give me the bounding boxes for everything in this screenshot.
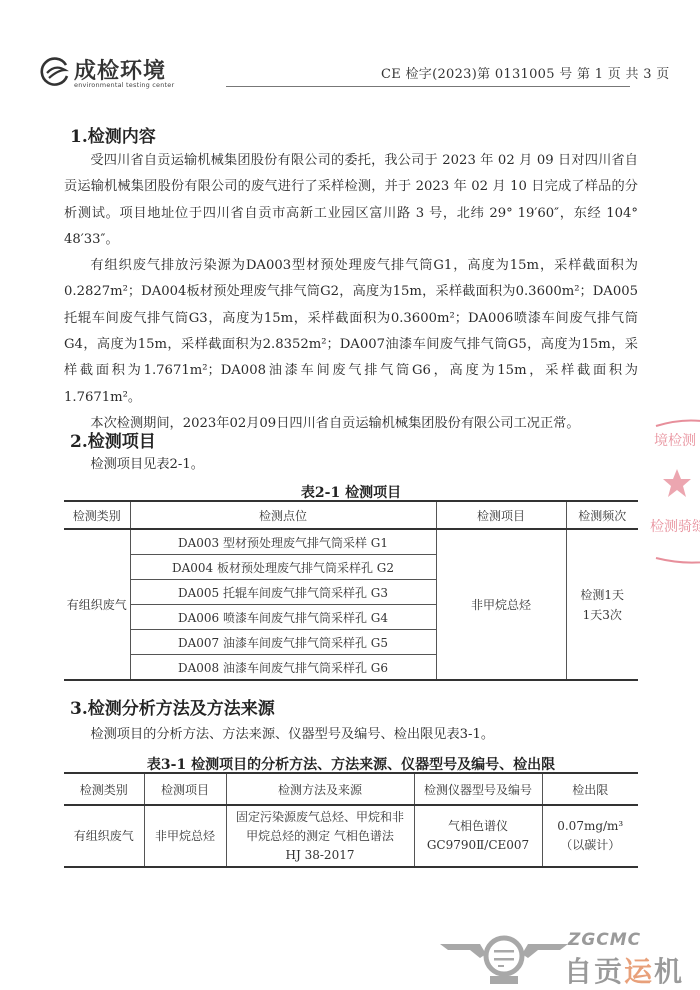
frequency-cell: 检测1天 1天3次 (566, 529, 638, 680)
official-seal: 境检测 检测骑缝 (648, 418, 700, 568)
section-2-intro-text: 检测项目见表2-1。 (64, 452, 638, 478)
table-header-row: 检测类别 检测点位 检测项目 检测频次 (64, 501, 638, 529)
section-3-title: 3.检测分析方法及方法来源 (70, 694, 275, 719)
table-3-1: 检测类别 检测项目 检测方法及来源 检测仪器型号及编号 检出限 有组织废气 非甲… (64, 772, 638, 868)
zgcmc-emblem-icon (440, 928, 568, 988)
point-cell: DA006 喷漆车间废气排气筒采样孔 G4 (130, 605, 436, 630)
instrument-line-1: 气相色谱仪 (415, 817, 542, 836)
method-cell: 固定污染源废气总烃、甲烷和非 甲烷总烃的测定 气相色谱法 HJ 38-2017 (226, 805, 414, 867)
header-item: 检测项目 (436, 501, 566, 529)
table-row: 有组织废气 非甲烷总烃 固定污染源废气总烃、甲烷和非 甲烷总烃的测定 气相色谱法… (64, 805, 638, 867)
header-category: 检测类别 (64, 773, 144, 805)
table-header-row: 检测类别 检测项目 检测方法及来源 检测仪器型号及编号 检出限 (64, 773, 638, 805)
header-category: 检测类别 (64, 501, 130, 529)
table-3-1-caption: 表3-1 检测项目的分析方法、方法来源、仪器型号及编号、检出限 (64, 754, 638, 774)
frequency-line-1: 检测1天 (567, 585, 639, 605)
instrument-line-2: GC9790Ⅱ/CE007 (415, 836, 542, 855)
table-2-1: 检测类别 检测点位 检测项目 检测频次 有组织废气 DA003 型材预处理废气排… (64, 500, 638, 681)
seal-top-text: 境检测 (654, 430, 696, 450)
paragraph-emission-sources: 有组织废气排放污染源为DA003型材预处理废气排气筒G1，高度为15m，采样截面… (64, 253, 638, 411)
report-number: CE 检字(2023)第 0131005 号 第 1 页 共 3 页 (381, 63, 670, 82)
frequency-line-2: 1天3次 (567, 605, 639, 625)
point-cell: DA007 油漆车间废气排气筒采样孔 G5 (130, 630, 436, 655)
header-detection-limit: 检出限 (542, 773, 638, 805)
header-item: 检测项目 (144, 773, 226, 805)
header-frequency: 检测频次 (566, 501, 638, 529)
section-1-title: 1.检测内容 (70, 122, 156, 147)
method-line-1: 固定污染源废气总烃、甲烷和非 (227, 808, 414, 827)
section-3-intro: 检测项目的分析方法、方法来源、仪器型号及编号、检出限见表3-1。 (64, 722, 638, 748)
company-logo: 成检环境 environmental testing center (40, 54, 190, 94)
item-cell: 非甲烷总烃 (436, 529, 566, 680)
footer-logo-chinese: 自贡运机 (564, 950, 684, 990)
table-2-1-caption: 表2-1 检测项目 (64, 482, 638, 502)
section-1-body: 受四川省自贡运输机械集团股份有限公司的委托，我公司于 2023 年 02 月 0… (64, 148, 638, 437)
paragraph-commission: 受四川省自贡运输机械集团股份有限公司的委托，我公司于 2023 年 02 月 0… (64, 148, 638, 253)
item-cell: 非甲烷总烃 (144, 805, 226, 867)
section-2-title: 2.检测项目 (70, 427, 156, 452)
point-cell: DA008 油漆车间废气排气筒采样孔 G6 (130, 655, 436, 681)
section-2-intro: 检测项目见表2-1。 (64, 452, 638, 478)
header-point: 检测点位 (130, 501, 436, 529)
instrument-cell: 气相色谱仪 GC9790Ⅱ/CE007 (414, 805, 542, 867)
logo-cn-part-2: 运 (624, 955, 654, 988)
point-cell: DA003 型材预处理废气排气筒采样 G1 (130, 529, 436, 555)
point-cell: DA005 托辊车间废气排气筒采样孔 G3 (130, 580, 436, 605)
section-3-intro-text: 检测项目的分析方法、方法来源、仪器型号及编号、检出限见表3-1。 (64, 722, 638, 748)
limit-cell: 0.07mg/m³ （以碳计） (542, 805, 638, 867)
header-method: 检测方法及来源 (226, 773, 414, 805)
method-line-3: HJ 38-2017 (227, 846, 414, 865)
method-line-2: 甲烷总烃的测定 气相色谱法 (227, 827, 414, 846)
table-row: 有组织废气 DA003 型材预处理废气排气筒采样 G1 非甲烷总烃 检测1天 1… (64, 529, 638, 555)
header-instrument: 检测仪器型号及编号 (414, 773, 542, 805)
seal-star-icon (662, 468, 692, 498)
point-cell: DA004 板材预处理废气排气筒采样孔 G2 (130, 555, 436, 580)
footer-company-logo: ZGCMC 自贡运机 (440, 928, 700, 988)
category-cell: 有组织废气 (64, 805, 144, 867)
header-divider (226, 86, 630, 87)
limit-line-2: （以碳计） (543, 836, 639, 855)
seal-bottom-text: 检测骑缝 (650, 516, 700, 536)
footer-logo-english: ZGCMC (568, 930, 641, 950)
logo-english-name: environmental testing center (74, 81, 174, 89)
logo-cn-part-1: 自贡 (564, 955, 624, 988)
logo-cn-part-3: 机 (654, 955, 684, 988)
limit-line-1: 0.07mg/m³ (543, 817, 639, 836)
category-cell: 有组织废气 (64, 529, 130, 680)
logo-e-icon (40, 56, 70, 86)
